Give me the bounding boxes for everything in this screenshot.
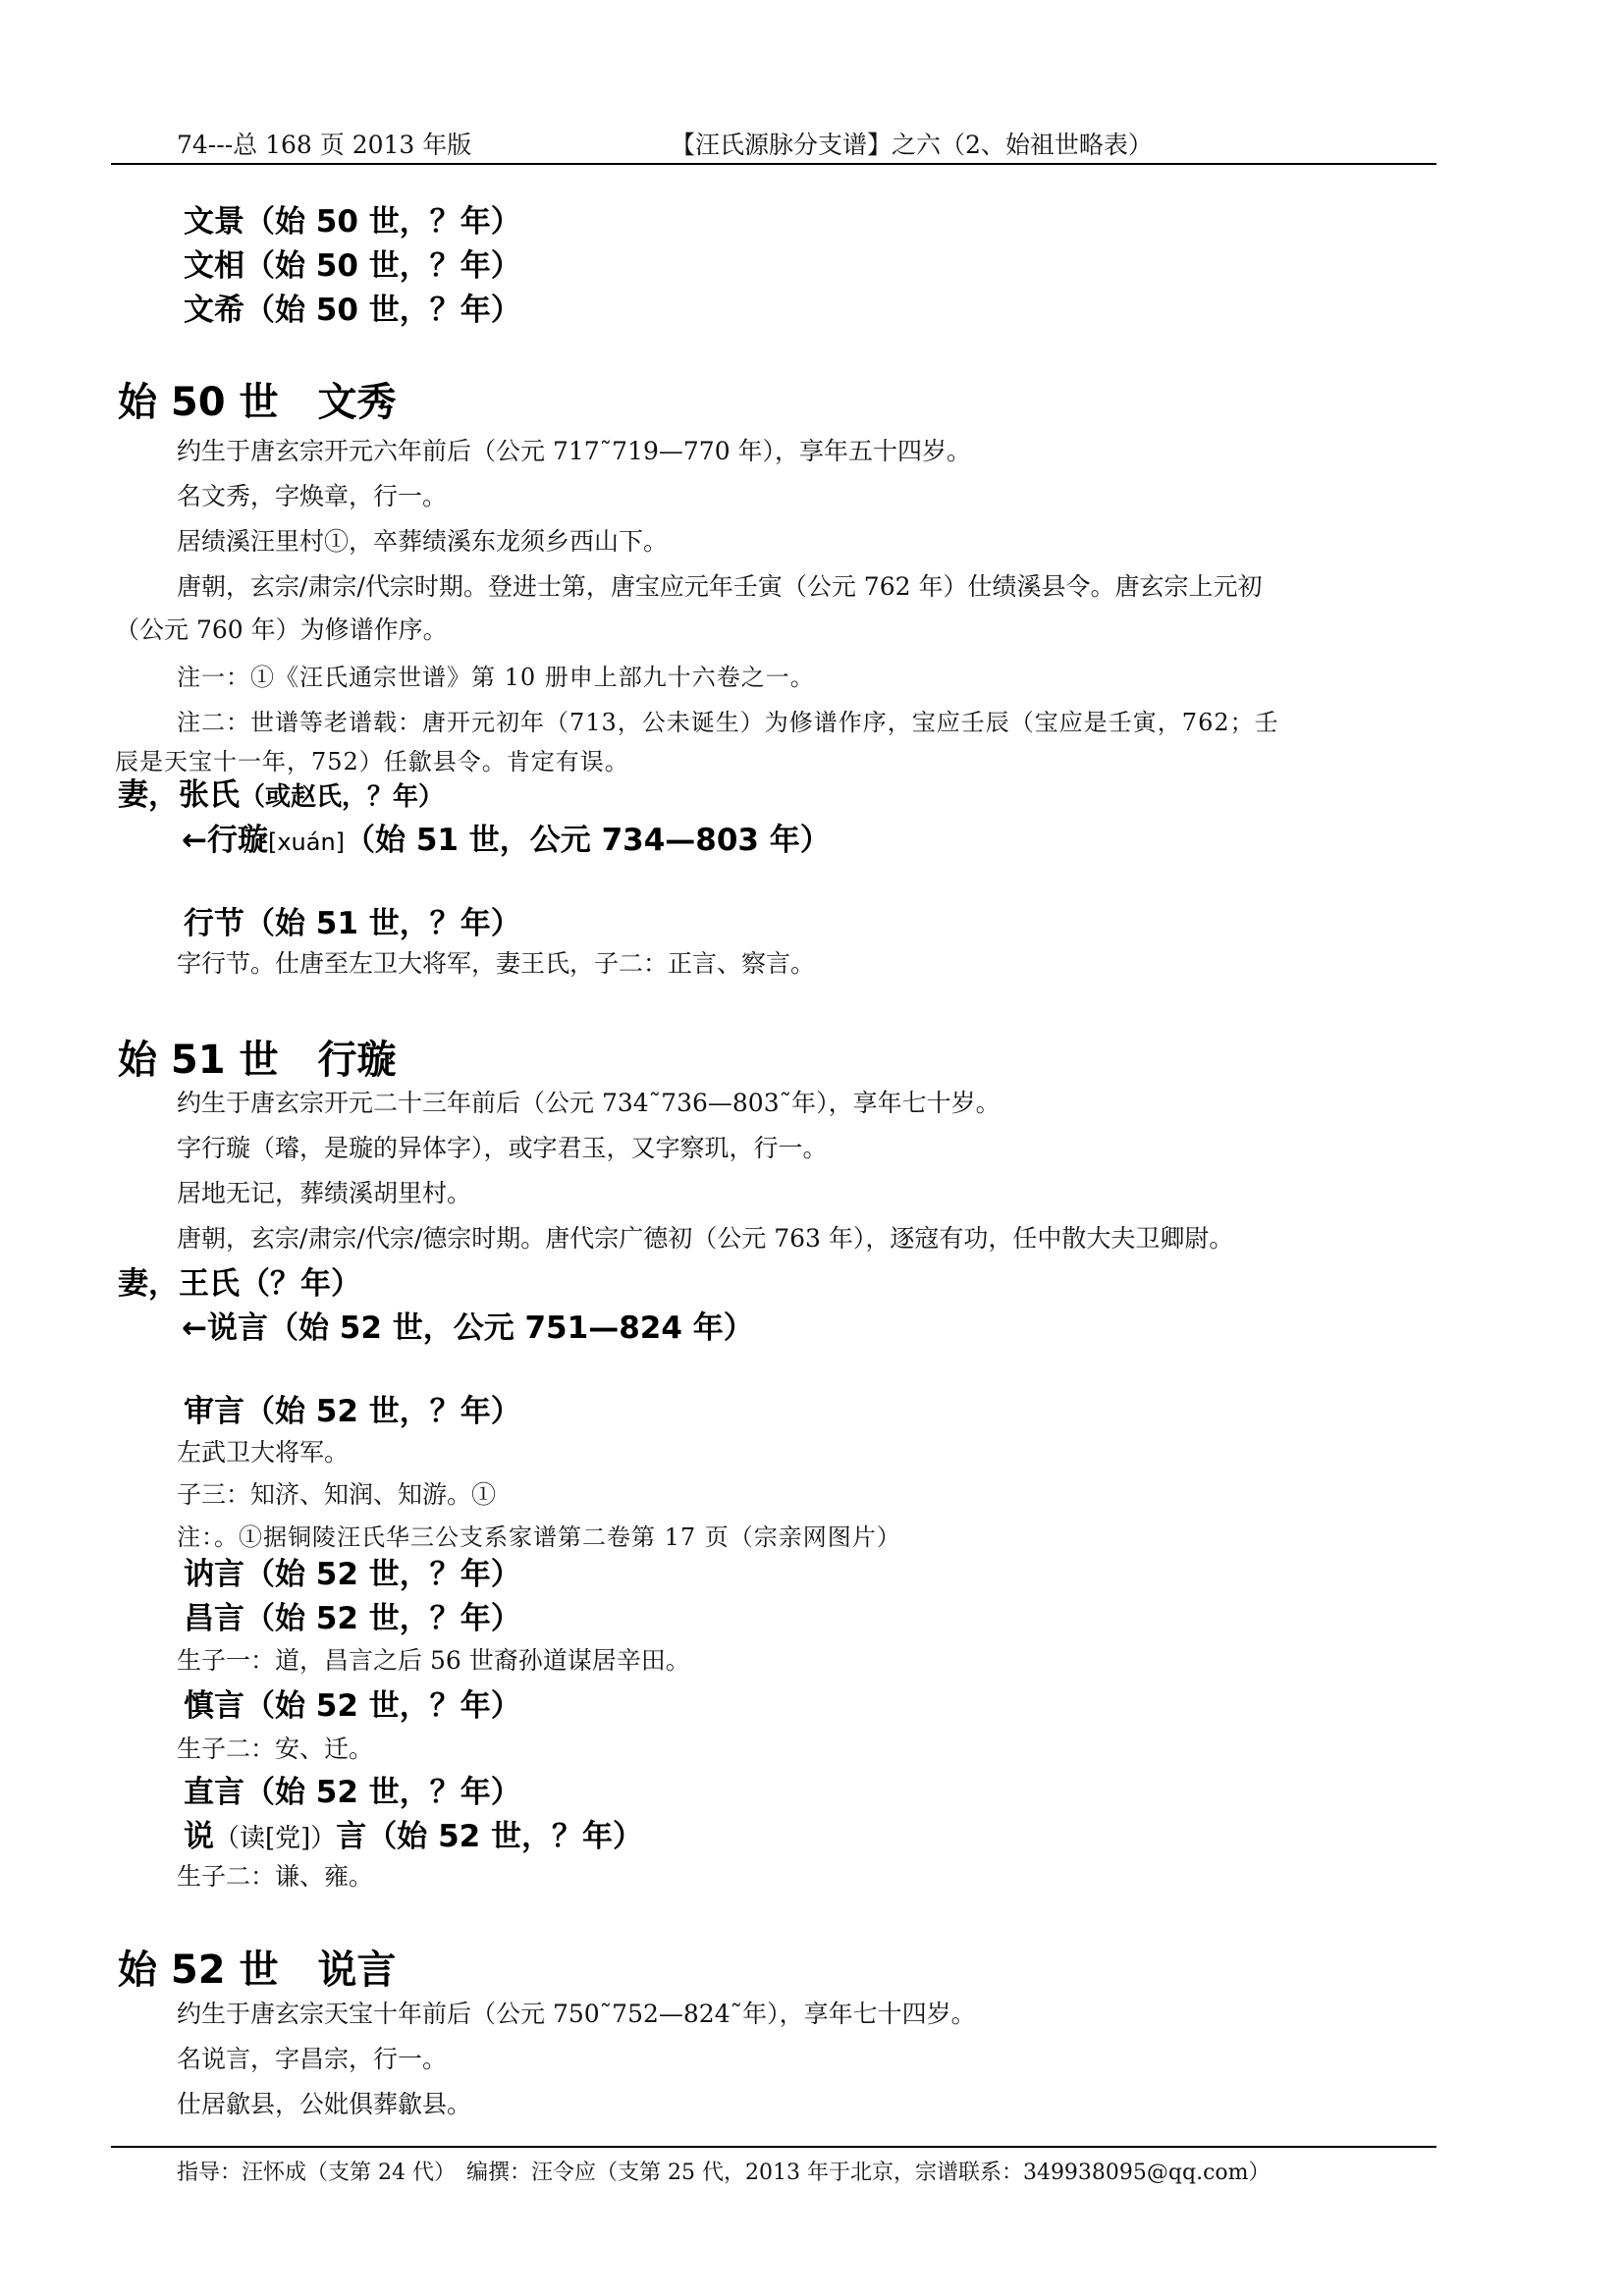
sibling-entry: 说（读[党]）言（始 52 世，？年）	[184, 1811, 643, 1855]
bio-line: 名文秀，字焕章，行一。	[177, 477, 447, 512]
arrow-left-icon: ←	[182, 823, 207, 858]
bio-line: 唐朝，玄宗/肃宗/代宗时期。登进士第，唐宝应元年壬寅（公元 762 年）仕绩溪县…	[177, 567, 1262, 603]
header-divider	[111, 163, 1436, 165]
spouse-name: 妻，张氏	[118, 777, 240, 813]
sibling-desc: 字行节。仕唐至左卫大将军，妻王氏，子二：正言、察言。	[177, 944, 815, 980]
bio-line: （公元 760 年）为修谱作序。	[115, 611, 448, 646]
sibling-entry: 直言（始 52 世，？年）	[184, 1767, 521, 1811]
heir-detail: （始 51 世，公元 734—803 年）	[345, 823, 831, 858]
footnote: 注：。①据铜陵汪氏华三公支系家谱第二卷第 17 页（宗亲网图片）	[177, 1518, 901, 1552]
bio-line: 名说言，字昌宗，行一。	[177, 2040, 447, 2075]
sibling-desc: 生子二：安、迁。	[177, 1730, 373, 1765]
sibling-entry: 慎言（始 52 世，？年）	[184, 1681, 521, 1725]
bio-line: 字行璇（璿，是璇的异体字），或字君玉，又字察玑，行一。	[177, 1129, 828, 1164]
sibling-entry: 讷言（始 52 世，？年）	[184, 1549, 521, 1593]
pronunciation-note: （读[党]）	[214, 1824, 336, 1853]
pinyin-annotation: [xuán]	[268, 828, 345, 856]
bio-line: 约生于唐玄宗开元二十三年前后（公元 734˜736—803˜年），享年七十岁。	[177, 1084, 1001, 1119]
bio-line: 仕居歙县，公妣俱葬歙县。	[177, 2085, 471, 2120]
spouse-entry: 妻，王氏（？年）	[118, 1258, 361, 1303]
name-part: 言（始 52 世，？年）	[336, 1819, 643, 1854]
generation-heading-52: 始 52 世 说言	[118, 1939, 397, 1995]
footer-divider	[111, 2146, 1436, 2148]
page-number-info: 74---总 168 页 2013 年版	[177, 126, 471, 161]
name-part: 说	[184, 1819, 214, 1854]
sibling-entry: 审言（始 52 世，？年）	[184, 1386, 521, 1430]
sibling-entry: 行节（始 51 世，？年）	[184, 898, 521, 942]
bio-line: 唐朝，玄宗/肃宗/代宗/德宗时期。唐代宗广德初（公元 763 年），逐寇有功，任…	[177, 1219, 1233, 1255]
sibling-desc: 生子一：道，昌言之后 56 世裔孙道谋居辛田。	[177, 1641, 690, 1677]
sibling-desc: 生子二：谦、雍。	[177, 1857, 373, 1893]
document-title: 【汪氏源脉分支谱】之六（2、始祖世略表）	[671, 126, 1153, 161]
heir-entry: ←行璇[xuán]（始 51 世，公元 734—803 年）	[182, 815, 831, 859]
sibling-entry: 文希（始 50 世，？年）	[184, 285, 521, 329]
sibling-entry: 昌言（始 52 世，？年）	[184, 1593, 521, 1637]
heir-name: 行璇	[207, 823, 268, 858]
bio-line: 约生于唐玄宗天宝十年前后（公元 750˜752—824˜年），享年七十四岁。	[177, 1995, 976, 2030]
sibling-desc: 子三：知济、知润、知游。①	[177, 1475, 496, 1511]
bio-line: 居地无记，葬绩溪胡里村。	[177, 1174, 471, 1209]
footer-credits: 指导：汪怀成（支第 24 代） 编撰：汪令应（支第 25 代，2013 年于北京…	[177, 2156, 1271, 2186]
sibling-entry: 文景（始 50 世，？年）	[184, 196, 521, 240]
spouse-detail: （或赵氏，？年）	[240, 782, 444, 812]
sibling-entry: 文相（始 50 世，？年）	[184, 240, 521, 285]
bio-line: 约生于唐玄宗开元六年前后（公元 717˜719—770 年），享年五十四岁。	[177, 432, 971, 467]
bio-line: 居绩溪汪里村①，卒葬绩溪东龙须乡西山下。	[177, 522, 668, 558]
heir-entry: ←说言（始 52 世，公元 751—824 年）	[182, 1303, 754, 1347]
generation-heading-50: 始 50 世 文秀	[118, 371, 397, 427]
spouse-entry: 妻，张氏（或赵氏，？年）	[118, 770, 444, 814]
generation-heading-51: 始 51 世 行璇	[118, 1029, 397, 1085]
sibling-desc: 左武卫大将军。	[177, 1433, 349, 1468]
footnote-1: 注一：①《汪氏通宗世谱》第 10 册申上部九十六卷之一。	[177, 658, 815, 692]
footnote-2: 注二：世谱等老谱载：唐开元初年（713，公未诞生）为修谱作序，宝应壬辰（宝应是壬…	[177, 703, 1279, 737]
